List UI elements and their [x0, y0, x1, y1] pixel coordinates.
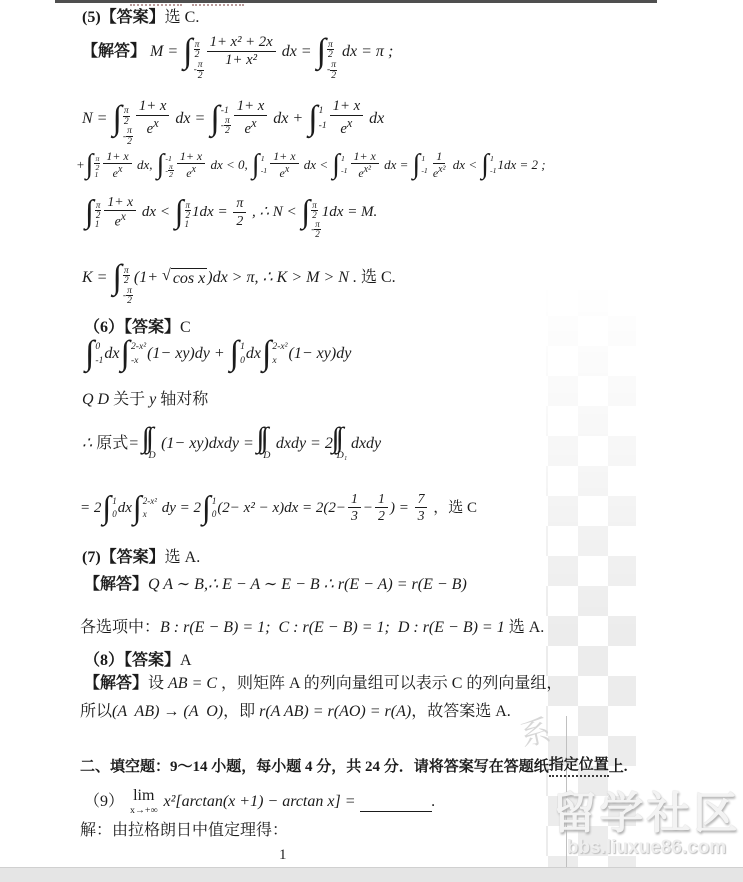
- line-q5-answer: (5)【答案】选 C.: [82, 8, 199, 27]
- line-q5-solution-K: K = ∫π2-π2(1+ √cos x)dx > π, ∴ K > M > N…: [82, 263, 396, 292]
- line-q6-integral: ∫0-1dx∫2-x²-x(1− xy)dy + ∫10dx∫2-x²x(1− …: [84, 339, 351, 368]
- line-q6-symmetry-note: Q D 关于 y 轴对称: [82, 390, 208, 409]
- transparency-checker-artifact: [546, 280, 636, 868]
- document-page: 系 (5)【答案】选 C. 【解答】 M = ∫π2-π21+ x² + 2x1…: [0, 0, 743, 882]
- top-dotted-artifact: [130, 4, 182, 6]
- top-rule: [55, 0, 657, 3]
- line-q5-solution-M: 【解答】 M = ∫π2-π21+ x² + 2x1+ x² dx = ∫π2-…: [82, 34, 393, 70]
- line-section2-heading: 二、填空题：9～14 小题，每小题 4 分，共 24 分．请将答案写在答题纸指定…: [80, 756, 628, 777]
- line-q7-options: 各选项中：B : r(E − B) = 1; C : r(E − B) = 1;…: [80, 618, 544, 637]
- line-q8-answer: （8）【答案】A: [84, 651, 192, 670]
- line-q9-solution-intro: 解：由拉格朗日中值定理得：: [80, 821, 288, 840]
- watermark-title: 留学社区: [550, 789, 743, 840]
- line-q7-answer: (7)【答案】选 A.: [82, 548, 200, 567]
- line-q7-solution: 【解答】Q A ∼ B,∴ E − A ∼ E − B ∴ r(E − A) =…: [84, 575, 467, 594]
- watermark-url: bbs.liuxue86.com: [550, 837, 743, 859]
- site-watermark: 留学社区 bbs.liuxue86.com: [550, 789, 743, 859]
- bottom-scroll-band: [0, 867, 743, 882]
- line-q5-solution-N1: N = ∫π2-π21+ xex dx = ∫-1-π21+ xex dx + …: [82, 98, 384, 139]
- line-q6-answer: （6）【答案】C: [84, 318, 191, 337]
- line-q5-solution-N3: ∫π211+ xex dx < ∫π211dx = π2 , ∴ N < ∫π2…: [84, 194, 377, 230]
- line-q5-solution-N2: +∫π211+ xex dx, ∫-1-π21+ xex dx < 0, ∫1-…: [76, 149, 546, 180]
- page-number: 1: [279, 847, 287, 864]
- line-q6-derivation-1: ∴ 原式= ∫∫D(1− xy)dxdy = ∫∫Ddxdy = 2∫∫D₁dx…: [82, 426, 381, 461]
- line-q6-derivation-2: = 2∫10dx∫2-x²x dy = 2∫10(2− x² − x)dx = …: [80, 491, 477, 525]
- line-q8-solution-2: 所以(A AB) → (A O)，即 r(A AB) = r(AO) = r(A…: [80, 702, 511, 721]
- line-q9-problem: （9） limx→+∞ x²[arctan(x +1) − arctan x] …: [84, 788, 436, 816]
- line-q8-solution-1: 【解答】设 AB = C ，则矩阵 A 的列向量组可以表示 C 的列向量组，: [84, 674, 562, 693]
- top-dotted-artifact: [192, 4, 244, 6]
